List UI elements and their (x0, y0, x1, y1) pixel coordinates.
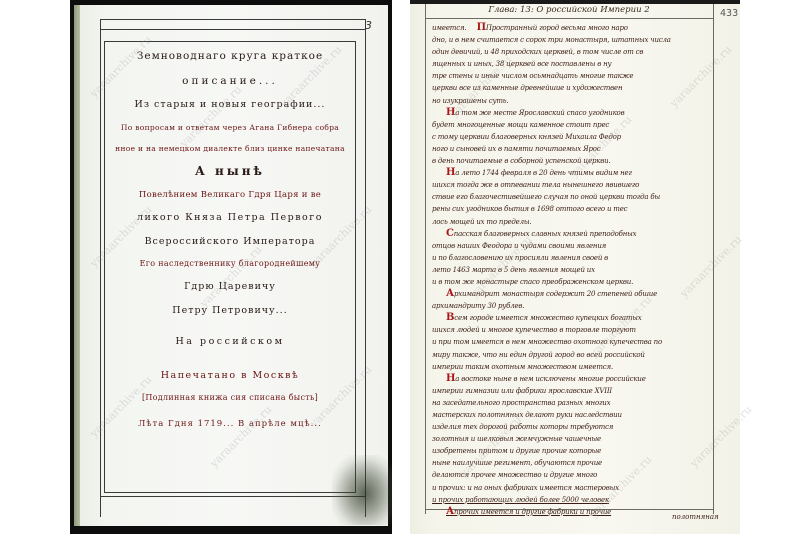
book-spine-edge (74, 5, 80, 526)
title-page-text: Земноводнаго круга краткое описание... И… (104, 47, 356, 429)
title-line: Петру Петровичу... (104, 306, 356, 316)
text-line: империи таким охотным множеством имеется… (432, 361, 712, 373)
text-line: ствие его благочестивейшего случая по он… (432, 191, 712, 203)
text-line: имеется. ППространный город весьма много… (432, 22, 712, 34)
title-line: Из старыя и новыя географии... (104, 100, 356, 110)
chapter-header: Глава: 13: О российской Империи 2 (425, 5, 713, 15)
catchword: полотняная (672, 513, 719, 521)
text-line: с тому церквии благоверных князей Михаил… (432, 131, 712, 143)
text-line: на заседательного пространства разных мн… (432, 397, 712, 409)
red-initial: А (446, 506, 454, 517)
text-line: ного и сыновей их в памяти почитаемых Яр… (432, 143, 712, 155)
text-line: церкви все из каменные древнейшие и худо… (432, 82, 712, 94)
red-initial: Н (446, 107, 455, 118)
text-line: делаются прочее множество и другие много (432, 469, 712, 481)
title-line: Земноводнаго круга краткое (104, 51, 356, 62)
text-line: мастерских полотняных делают руки наслед… (432, 409, 712, 421)
left-margin-rule (425, 4, 426, 514)
paragraph-start-line: Архимандрит монастыря содержит 20 степен… (432, 288, 712, 300)
title-line: Лѣта Гдня 1719... В апрѣле мцѣ... (104, 420, 356, 429)
right-manuscript-page-photo: Глава: 13: О российской Империи 2 433 им… (410, 0, 740, 534)
text-line: и прочих: и на оных фабриках имеется мас… (432, 482, 712, 494)
text-line: и по благословению их просияли явления с… (432, 252, 712, 264)
text-line: империи гимназии или фабрики ярославские… (432, 385, 712, 397)
title-line: Его наследственнику благороднейшему (104, 260, 356, 268)
text-line: отцов наших Феодора и чудами своими явле… (432, 240, 712, 252)
title-line: [Подлинная книжа сия списана бысть] (104, 394, 356, 402)
page-number: 433 (720, 8, 738, 19)
bottom-ruled-line (100, 496, 366, 497)
text-line: ныне наилучшие регимент, обучаются прочи… (432, 457, 712, 469)
title-line: Напечатано в Москвѣ (104, 371, 356, 381)
text-line: лето 1463 марта в 5 день явления мощей и… (432, 264, 712, 276)
title-line: ликого Княза Петра Первого (104, 213, 356, 223)
left-manuscript-page-photo: 3 Земноводнаго круга краткое описание...… (70, 0, 392, 534)
mold-stain (332, 455, 392, 525)
paragraph-start-line: Спасская благоверных славных князей преп… (432, 228, 712, 240)
text-line: шихся людей и многое купечество в торгов… (432, 324, 712, 336)
red-initial: Н (446, 373, 455, 384)
left-page-paper: 3 Земноводнаго круга краткое описание...… (74, 5, 388, 526)
paragraph-start-line: На лето 1744 февраля в 20 день чтимы вид… (432, 167, 712, 179)
text-line: и в том же монастыре спасо преображенско… (432, 276, 712, 288)
title-line: Всероссийского Императора (104, 237, 356, 247)
red-initial: П (477, 22, 486, 33)
text-line: дно, и в нем считается с сорок три монас… (432, 34, 712, 46)
title-line: На российском (104, 337, 356, 347)
text-line: изделия тех дорогой работы которы требую… (432, 421, 712, 433)
title-line: Повелѣнием Великаго Гдря Царя и ве (104, 191, 356, 200)
title-line: нное и на немецком диалекте близ цинке н… (104, 145, 356, 153)
title-line: Гдрю Царевичу (104, 282, 356, 292)
text-line: но изукрашены суть. (432, 95, 712, 107)
text-line: лось мощей их то пределы. (432, 216, 712, 228)
text-line: ященных и иных, 38 церквей все поставлен… (432, 58, 712, 70)
red-initial: А (446, 288, 454, 299)
text-line: будет многоценные мощи каменное стоит пр… (432, 119, 712, 131)
header-rule (425, 18, 713, 19)
title-line: По вопросам и ответам через Агана Гибнер… (104, 124, 356, 132)
title-line: А нынѣ (104, 165, 356, 177)
page-number: 3 (365, 19, 372, 32)
handwritten-body-text: имеется. ППространный город весьма много… (432, 22, 712, 518)
text-line: и при том имеется в нем множество охотно… (432, 336, 712, 348)
text-line: один девичий, и 48 приходских церквей, в… (432, 46, 712, 58)
text-line: и прочих работающих людей более 5000 чел… (432, 494, 712, 506)
paragraph-start-line: На том же месте Ярославский спасо угодни… (432, 107, 712, 119)
text-line: шихся тогда же в отпевании тела нынешнег… (432, 179, 712, 191)
text-line: рены сих угодников бытия в 1698 оттого в… (432, 203, 712, 215)
paragraph-start-line: Апрочих имеется и другие фабрики и прочи… (432, 506, 712, 518)
title-line: описание... (104, 76, 356, 87)
text-line: миру также, что ни един другой город во … (432, 349, 712, 361)
paragraph-start-line: На востоке ныне в нем исключены многие р… (432, 373, 712, 385)
paragraph-start-line: Всем городе имеется множество купецких б… (432, 312, 712, 324)
red-initial: С (446, 228, 454, 239)
top-edge-shadow (410, 0, 740, 4)
top-ruled-line (100, 29, 366, 30)
text-line: в день почитаемые в соборной успенской ц… (432, 155, 712, 167)
text-line: архимандриту 30 рублев. (432, 300, 712, 312)
text-line: золотныя и шелковыя жемчужные чашечные (432, 433, 712, 445)
text-line: изобретены притом и другие прочие которы… (432, 445, 712, 457)
text-line: тре стены и иные числом осьмнадцать мног… (432, 70, 712, 82)
right-margin-rule (713, 4, 714, 514)
red-initial: Н (446, 167, 455, 178)
